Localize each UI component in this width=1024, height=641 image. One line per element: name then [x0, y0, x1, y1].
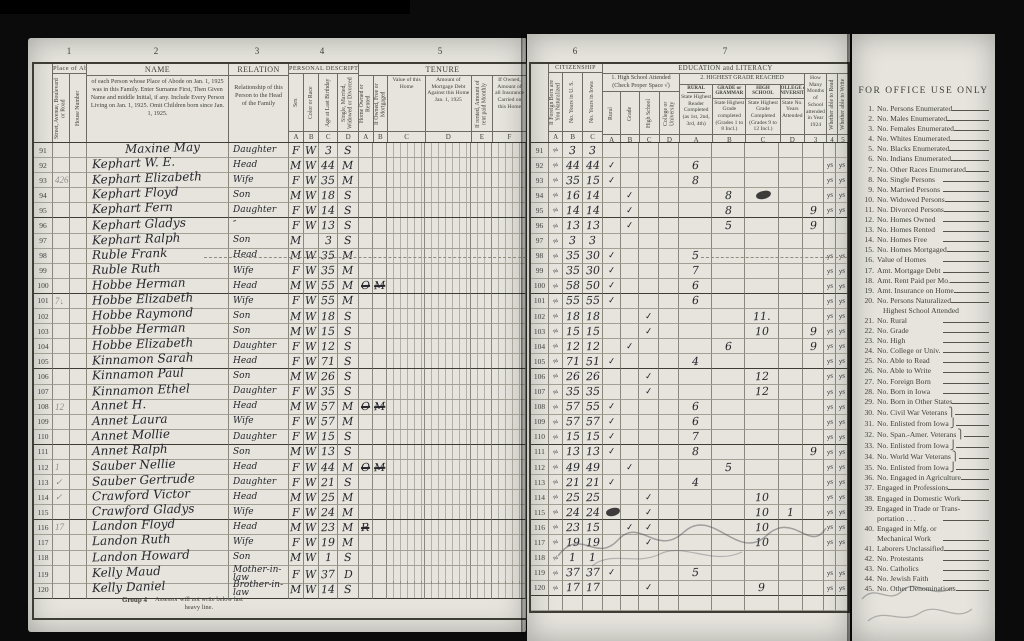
rownum-header	[34, 64, 53, 142]
race-entry: W	[305, 521, 317, 534]
relation-cell: Wife	[229, 264, 289, 279]
office-item: 14.No. Homes Free	[859, 235, 989, 245]
name-entry: Kinnamon Ethel	[92, 381, 190, 398]
name-entry: Annet Mollie	[92, 427, 170, 443]
home-value-cell	[387, 158, 425, 173]
tenure-mortgage-cell	[373, 264, 387, 279]
census-row-right: 100≈5850✓6ysys	[531, 279, 848, 294]
office-blank-line	[961, 500, 989, 501]
street-cell	[53, 203, 70, 218]
college-entry: 1	[787, 506, 794, 519]
rent-cell	[471, 339, 492, 354]
years-us-cell: 37	[563, 566, 583, 581]
house-number-cell	[70, 535, 87, 550]
name-cell: Kelly Daniel	[87, 581, 229, 599]
hs-high-cell	[639, 475, 659, 490]
rent-cell	[471, 324, 492, 339]
microfilm-scan: { "colors":{"film":"#0b0b0b","paper":"#e…	[0, 0, 1024, 641]
citizenship-mark: ≈	[551, 295, 560, 306]
grammar-grade-cell	[712, 294, 745, 309]
home-value-cell	[387, 188, 425, 203]
relation-entry: Head	[229, 523, 257, 532]
census-row-left: 110Annet MollieDaughterFW15S	[34, 430, 526, 445]
marital-cell: M	[338, 535, 359, 550]
office-item-label: No. Divorced Persons	[877, 205, 944, 215]
marital-cell: S	[338, 309, 359, 324]
highschool-grade-cell	[745, 460, 779, 475]
read-mark: ys	[826, 297, 833, 306]
mortgage-debt-cell	[425, 581, 471, 599]
tenure-owned-cell	[359, 188, 373, 203]
highest-grade-header: 2. HIGHEST GRADE REACHED RURALState High…	[680, 74, 805, 142]
office-item-label: No. Whites Enumerated	[877, 134, 950, 144]
read-cell	[824, 218, 836, 233]
tenure-owned-cell	[359, 581, 373, 599]
census-grid-right: CITIZENSHIP If Foreign Born are You Natu…	[529, 62, 850, 613]
mortgage-debt-cell	[425, 535, 471, 550]
office-item: 33.No. Enlisted from Iowa⎭	[859, 440, 989, 451]
hs-high-cell	[639, 188, 659, 203]
row-number-cell: 100	[34, 279, 53, 294]
row-number-cell: 109	[531, 415, 549, 430]
office-item: 18.Amt. Rent Paid per Mo.	[859, 276, 989, 286]
census-row-right: 115≈2424✓101ysys	[531, 505, 848, 520]
sex-cell: M	[289, 234, 304, 249]
office-item-label: No. Persons Naturalized	[877, 296, 951, 306]
years-iowa-entry: 1	[589, 551, 596, 564]
reader-entry: 8	[691, 174, 698, 187]
marital-entry: S	[344, 355, 352, 368]
hs-grade-cell	[621, 475, 639, 490]
age-entry: 57	[321, 415, 335, 428]
office-item-number: 40.	[859, 524, 874, 534]
row-number-cell: 97	[34, 234, 53, 249]
marital-entry: M	[342, 400, 354, 413]
race-entry: W	[305, 264, 317, 277]
hs-college-cell	[659, 581, 679, 596]
college-years-cell	[779, 339, 803, 354]
hs-attended-title-line2: (Check Proper Space √)	[612, 83, 669, 89]
grammar-grade-cell	[712, 234, 745, 249]
relation-cell: Wife	[229, 505, 289, 520]
age-entry: 19	[321, 536, 335, 549]
naturalized-cell: ≈	[549, 249, 563, 264]
pencil-note: ✓	[53, 492, 63, 503]
row-number-cell: 93	[34, 173, 53, 188]
reader-completed-cell: 8	[679, 173, 712, 188]
relation-cell: ″	[229, 218, 289, 233]
film-edge	[0, 0, 410, 14]
rent-cell	[471, 535, 492, 550]
years-iowa-cell: 12	[583, 339, 603, 354]
race-entry: W	[305, 445, 317, 458]
write-mark: ys	[838, 357, 845, 366]
rent-cell	[471, 218, 492, 233]
rent-cell	[471, 475, 492, 490]
rent-cell	[471, 460, 492, 475]
hs-grade-entry: 12	[754, 370, 768, 383]
house-number-cell	[70, 188, 87, 203]
census-row-left: 117Landon RuthWifeFW19M	[34, 535, 526, 550]
office-item: 41.Laborers Unclassified	[859, 544, 989, 554]
write-mark: ys	[838, 266, 845, 275]
office-item-number: 30.	[859, 408, 874, 418]
hs-rural-cell: ✓	[603, 430, 621, 445]
hs-college-cell	[659, 535, 679, 550]
hs-rural-cell	[603, 309, 621, 324]
relation-entry: Son	[229, 448, 250, 457]
sex-cell: F	[289, 460, 304, 475]
citizenship-mark: ≈	[551, 582, 560, 593]
naturalized-cell: ≈	[549, 551, 563, 566]
tenure-owned-cell	[359, 309, 373, 324]
relation-entry: Head	[229, 161, 257, 170]
office-item: 43.No. Catholics	[859, 564, 989, 574]
name-entry: Hobbe Herman	[92, 275, 186, 292]
pencil-note: 12	[53, 402, 64, 412]
tenure-mortgage-cell	[373, 234, 387, 249]
relation-entry: ″	[229, 221, 236, 230]
subcol-head: RURAL	[687, 85, 705, 94]
read-cell: ys	[824, 385, 836, 400]
census-row-left: 103Hobbe HermanSonMW15S	[34, 324, 526, 339]
years-iowa-cell: 35	[583, 385, 603, 400]
college-years-cell	[779, 354, 803, 369]
age-cell: 19	[319, 535, 338, 550]
relation-cell: Daughter	[229, 143, 289, 158]
years-iowa-cell: 21	[583, 475, 603, 490]
relation-cell: Head	[229, 279, 289, 294]
name-entry: Landon Ruth	[92, 532, 171, 548]
office-item-label: No. Engaged in Agriculture	[877, 473, 961, 483]
office-item: 8.No. Single Persons	[859, 175, 989, 185]
census-row-right: 104≈1212✓69ysys	[531, 339, 848, 354]
college-years-cell	[779, 234, 803, 249]
race-cell: W	[304, 430, 319, 445]
mortgage-debt-cell	[425, 234, 471, 249]
hs-college-cell	[659, 445, 679, 460]
hs-rural-cell	[603, 339, 621, 354]
hs-rural-cell	[603, 203, 621, 218]
age-cell: 24	[319, 505, 338, 520]
citizenship-mark: ≈	[551, 522, 560, 533]
house-number-cell	[70, 158, 87, 173]
write-mark: ys	[838, 281, 845, 290]
hs-college-cell	[659, 218, 679, 233]
sex-cell: M	[289, 309, 304, 324]
office-item: 45.No. Other Denominations	[859, 584, 989, 594]
highschool-grade-cell	[745, 264, 779, 279]
hs-grade-entry: 10	[754, 324, 768, 337]
race-cell: W	[304, 324, 319, 339]
census-row-right: 112≈4949✓5ysys	[531, 460, 848, 475]
highschool-grade-cell	[745, 294, 779, 309]
mortgage-debt-cell	[425, 551, 471, 566]
pencil-note: 1	[53, 462, 60, 472]
home-value-cell	[387, 249, 425, 264]
hs-high-cell	[639, 143, 659, 158]
subcol-label: Sex	[293, 76, 300, 130]
house-number-cell	[70, 264, 87, 279]
highschool-grade-cell	[745, 218, 779, 233]
read-mark: ys	[826, 266, 833, 275]
street-cell: 426	[53, 173, 70, 188]
rent-cell	[471, 143, 492, 158]
sex-entry: F	[292, 355, 300, 368]
mortgage-debt-cell	[425, 339, 471, 354]
tenure-owned-entry: R	[361, 521, 370, 534]
college-years-cell: 1	[779, 505, 803, 520]
years-iowa-cell: 55	[583, 294, 603, 309]
office-item-number: 45.	[859, 584, 874, 594]
hs-grade-cell	[621, 143, 639, 158]
office-blank-line	[959, 458, 989, 459]
grammar-grade-cell	[712, 505, 745, 520]
naturalized-cell: ≈	[549, 279, 563, 294]
office-item-number: 1.	[859, 104, 874, 114]
years-us-cell: 17	[563, 581, 583, 596]
street-cell	[53, 430, 70, 445]
read-mark: ys	[826, 327, 833, 336]
race-cell: W	[304, 249, 319, 264]
house-number-cell	[70, 385, 87, 400]
office-item-label: No. Other Denominations	[877, 584, 956, 594]
years-iowa-cell: 57	[583, 415, 603, 430]
years-us-entry: 35	[565, 264, 579, 277]
tenure-owned-cell	[359, 415, 373, 430]
office-blank-line	[961, 479, 989, 480]
years-iowa-entry: 18	[585, 309, 599, 322]
hs-grade-cell: ✓	[621, 339, 639, 354]
office-item-label: No. Females Enumerated	[877, 124, 954, 134]
office-item-label: Engaged in Trade or Trans-	[877, 504, 960, 514]
years-iowa-cell: 26	[583, 369, 603, 384]
years-iowa-entry: 57	[585, 415, 599, 428]
race-entry: W	[305, 551, 317, 564]
office-item-label: No. Blacks Enumerated	[877, 144, 949, 154]
office-item: 7.No. Other Races Enumerated	[859, 165, 989, 175]
office-blank-line	[944, 550, 989, 551]
tenure-mortgage-cell	[373, 490, 387, 505]
race-entry: W	[305, 249, 317, 262]
hs-rural-cell: ✓	[603, 445, 621, 460]
naturalized-cell: ≈	[549, 385, 563, 400]
office-item: 15.No. Homes Mortgaged	[859, 245, 989, 255]
ink-blot	[606, 507, 621, 517]
empty-tail-row	[531, 596, 848, 611]
hs-grade-entry: 10	[754, 536, 768, 549]
subcol-letter: D	[426, 131, 471, 142]
empty-cell	[679, 596, 712, 611]
row-number-cell: 99	[531, 264, 549, 279]
subcol-label: Color or Race	[308, 76, 315, 130]
marital-cell: M	[338, 490, 359, 505]
row-number-cell: 112	[34, 460, 53, 475]
race-entry: W	[305, 143, 317, 156]
read-cell	[824, 143, 836, 158]
rent-cell	[471, 354, 492, 369]
marital-entry: M	[342, 415, 354, 428]
relation-cell: Head	[229, 460, 289, 475]
census-row-left: 1121Sauber NellieHeadFW44MOM	[34, 460, 526, 475]
office-item-number: 8.	[859, 175, 874, 185]
tenure-mortgage-cell	[373, 294, 387, 309]
row-number-cell: 92	[34, 158, 53, 173]
hs-grade-cell	[621, 385, 639, 400]
office-item-number: 29.	[859, 397, 874, 407]
hs-rural-cell	[603, 490, 621, 505]
race-cell: W	[304, 551, 319, 566]
race-cell: W	[304, 460, 319, 475]
census-row-right: 94≈1614✓8ysys	[531, 188, 848, 203]
sex-cell: F	[289, 264, 304, 279]
marital-entry: S	[344, 445, 352, 458]
row-number-cell: 104	[531, 339, 549, 354]
highschool-grade-cell: 10	[745, 520, 779, 535]
months-school-cell	[803, 158, 824, 173]
home-value-cell	[387, 415, 425, 430]
read-cell: ys	[824, 475, 836, 490]
relation-entry: Wife	[229, 176, 254, 185]
office-item: 20.No. Persons Naturalized	[859, 296, 989, 306]
brace-mark: ⎫	[952, 451, 959, 461]
home-value-cell	[387, 400, 425, 415]
years-us-cell: 14	[563, 203, 583, 218]
sex-entry: M	[290, 249, 302, 262]
office-item-label: No. Enlisted from Iowa	[877, 419, 949, 429]
hs-college-cell	[659, 158, 679, 173]
hs-attended-title: 1. High School Attended (Check Proper Sp…	[603, 74, 679, 92]
tenure-owned-cell: R	[359, 520, 373, 535]
naturalized-cell: ≈	[549, 143, 563, 158]
race-entry: W	[305, 204, 317, 217]
read-mark: ys	[826, 523, 833, 532]
office-panel-title: FOR OFFICE USE ONLY	[852, 86, 995, 96]
office-item-label: No. Civil War Veterans	[877, 408, 947, 418]
age-entry: 44	[321, 158, 335, 171]
reader-entry: 7	[691, 430, 698, 443]
hs-grade-entry: 10	[754, 521, 768, 534]
name-entry: Landon Howard	[92, 547, 190, 564]
brace-mark: ⎭	[950, 418, 957, 428]
census-row-left: 114✓Crawford VictorHeadMW25M	[34, 490, 526, 505]
office-blank-line	[943, 352, 989, 353]
relation-cell: Wife	[229, 415, 289, 430]
place-of-abode-header: Place of Abode Street, Avenue, Boulevard…	[53, 64, 87, 142]
office-item-label: Engaged in Mfg. or	[877, 524, 936, 534]
marital-entry: S	[344, 370, 352, 383]
census-row-left: 100Hobbe HermanHeadMW55MOM	[34, 279, 526, 294]
naturalized-cell: ≈	[549, 158, 563, 173]
office-item: 21.No. Rural	[859, 316, 989, 326]
row-number-cell: 118	[531, 551, 549, 566]
race-entry: W	[305, 567, 317, 580]
reader-completed-cell	[679, 520, 712, 535]
reader-completed-cell: 6	[679, 279, 712, 294]
marital-entry: S	[344, 551, 352, 564]
years-iowa-entry: 55	[585, 294, 599, 307]
street-cell	[53, 581, 70, 599]
hs-grade-cell: ✓	[621, 520, 639, 535]
college-years-cell	[779, 249, 803, 264]
office-blank-line	[952, 403, 989, 404]
race-cell: W	[304, 369, 319, 384]
row-number-cell: 119	[531, 566, 549, 581]
name-entry: Kinnamon Paul	[92, 366, 184, 383]
office-item-label: No. Homes Owned	[877, 215, 935, 225]
house-number-cell	[70, 400, 87, 415]
reader-completed-cell	[679, 218, 712, 233]
census-page-right: 6 7 CITIZENSHIP If Foreign Born are You …	[527, 34, 850, 641]
relation-cell: Son	[229, 188, 289, 203]
street-cell: ✓	[53, 490, 70, 505]
left-footer-note: Group 4 Assessor will not write below la…	[34, 596, 526, 618]
age-cell: 35	[319, 264, 338, 279]
hs-college-cell	[659, 234, 679, 249]
hs-high-cell	[639, 430, 659, 445]
house-number-cell	[70, 520, 87, 535]
street-cell	[53, 551, 70, 566]
citizenship-mark: ≈	[551, 220, 560, 231]
reader-completed-cell: 6	[679, 158, 712, 173]
years-us-entry: 26	[565, 370, 579, 383]
years-iowa-entry: 51	[585, 355, 599, 368]
sex-cell: M	[289, 445, 304, 460]
office-item-number: 19.	[859, 286, 874, 296]
col-number: 1	[67, 46, 72, 56]
census-row-right: 117≈1919✓10ysys	[531, 535, 848, 550]
college-years-cell	[779, 551, 803, 566]
relation-entry: Daughter	[229, 146, 276, 155]
hs-high-cell	[639, 234, 659, 249]
subcol-letter: B	[374, 131, 388, 142]
years-us-entry: 24	[565, 506, 579, 519]
mortgage-debt-cell	[425, 203, 471, 218]
empty-cell	[824, 596, 836, 611]
subcol-A: If Foreign Born are You NaturalizedA	[549, 73, 563, 142]
hs-college-cell	[659, 490, 679, 505]
years-us-cell: 44	[563, 158, 583, 173]
subcol-letter: D	[338, 131, 358, 142]
write-mark: ys	[838, 583, 845, 592]
office-item: 34.No. World War Veterans⎫	[859, 451, 989, 462]
office-item-number: 3.	[859, 124, 874, 134]
row-number-cell: 114	[34, 490, 53, 505]
office-blank-line	[951, 302, 989, 303]
hs-college-cell	[659, 173, 679, 188]
home-value-cell	[387, 535, 425, 550]
hs-college-cell	[659, 294, 679, 309]
college-years-cell	[779, 520, 803, 535]
office-item-label: No. Homes Mortgaged	[877, 245, 947, 255]
office-item-number: 22.	[859, 326, 874, 336]
office-blank-line	[943, 540, 989, 541]
empty-cell	[603, 596, 621, 611]
mortgage-debt-cell	[425, 188, 471, 203]
years-iowa-entry: 15	[585, 521, 599, 534]
years-iowa-cell: 1	[583, 551, 603, 566]
row-number-cell: 108	[34, 400, 53, 415]
read-cell: ys	[824, 369, 836, 384]
house-number-cell	[70, 581, 87, 599]
rent-cell	[471, 249, 492, 264]
hs-high-cell: ✓	[639, 385, 659, 400]
subcol-label: State Highest Grade Completed (Grades 9 …	[746, 99, 779, 135]
marital-entry: S	[344, 189, 352, 202]
read-mark: ys	[826, 432, 833, 441]
read-label: Whether able to Read	[829, 76, 836, 133]
office-blank-line	[956, 447, 989, 448]
